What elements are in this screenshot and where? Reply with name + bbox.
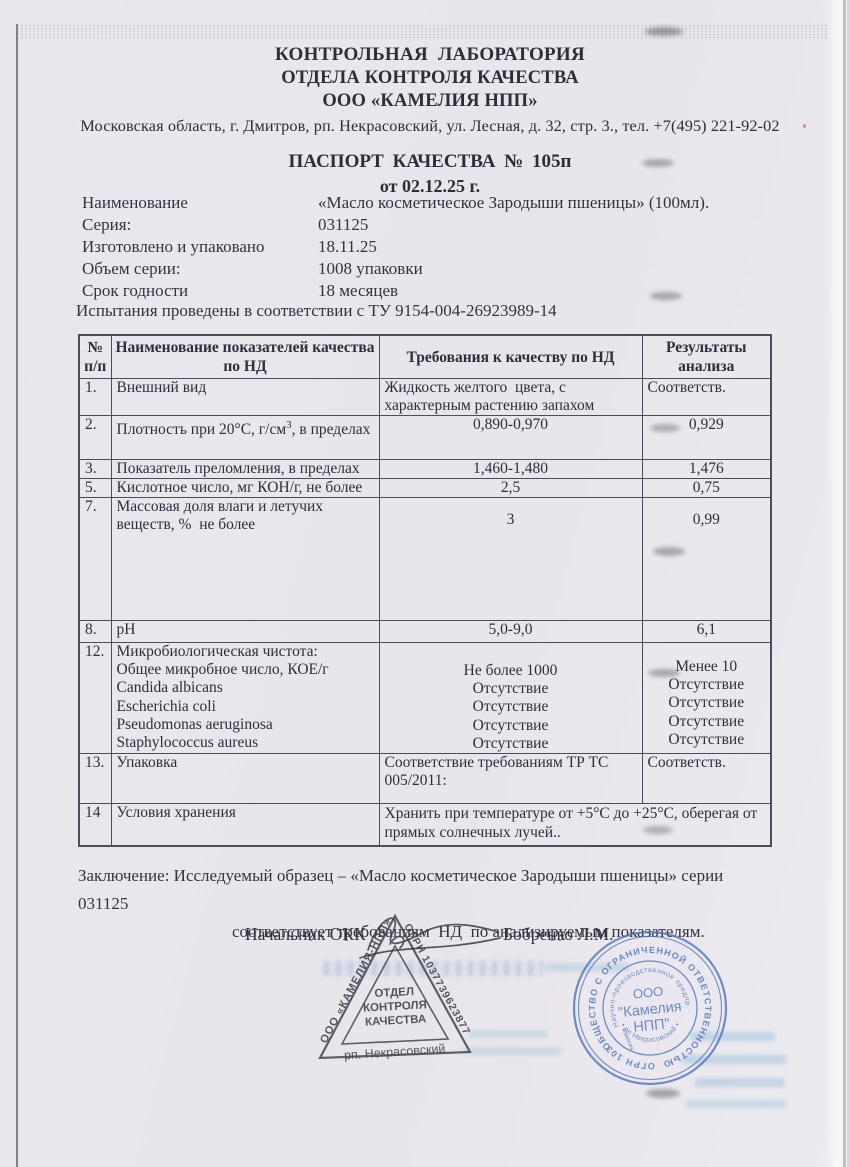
scanned-quality-passport: КОНТРОЛЬНАЯ ЛАБОРАТОРИЯ ОТДЕЛА КОНТРОЛЯ … [0, 0, 850, 1167]
row-name: Микробиологическая чистота: Общее микроб… [111, 643, 379, 754]
row-req: Жидкость желтого цвета, с характерным ра… [379, 379, 642, 416]
row-name: Массовая доля влаги и летучих веществ, %… [111, 498, 379, 621]
bleed-through-text [686, 1100, 786, 1108]
row-name: pH [111, 621, 379, 643]
microbio-line: Pseudomonas aeruginosa [117, 716, 374, 734]
microbio-line: Общее микробное число, КОЕ/г [117, 661, 374, 679]
row-res: Менее 10 Отсутствие Отсутствие Отсутстви… [642, 643, 771, 754]
row-num: 7. [79, 498, 111, 621]
row-name: Плотность при 20°С, г/см3, в пределах [111, 416, 379, 460]
lab-title-line1: КОНТРОЛЬНАЯ ЛАБОРАТОРИЯ [35, 44, 825, 66]
company-address: Московская область, г. Дмитров, рп. Некр… [35, 116, 825, 136]
microbio-res: Отсутствие [648, 676, 766, 694]
col-header-res: Результаты анализа [642, 335, 771, 379]
field-label: Изготовлено и упаковано [82, 237, 265, 256]
quality-table: № п/п Наименование показателей качества … [78, 334, 772, 847]
field-label: Срок годности [82, 281, 188, 300]
stamp-center-line1: ОТДЕЛ [374, 986, 414, 1000]
field-value: 18.11.25 [318, 237, 377, 257]
tests-standard-line: Испытания проведены в соответствии с ТУ … [76, 301, 557, 321]
passport-fields: Наименование «Масло косметическое Зароды… [82, 193, 732, 303]
row-req: Не более 1000 Отсутствие Отсутствие Отсу… [379, 643, 642, 754]
stamp-center-line1: ООО [632, 984, 664, 1002]
passport-title: ПАСПОРТ КАЧЕСТВА № 105п [35, 151, 825, 173]
table-row: 14 Условия хранения Хранить при температ… [79, 804, 771, 846]
lab-header: КОНТРОЛЬНАЯ ЛАБОРАТОРИЯ ОТДЕЛА КОНТРОЛЯ … [35, 44, 825, 136]
row-res: Соответств. [642, 754, 771, 804]
company-name: ООО «КАМЕЛИЯ НПП» [35, 91, 825, 112]
field-label: Серия: [82, 215, 131, 234]
row-name-text: , в пределах [292, 421, 371, 438]
scan-smudge [645, 27, 683, 36]
row-num: 5. [79, 479, 111, 498]
microbio-req: Не более 1000 [385, 662, 637, 680]
row-req: 2,5 [379, 479, 642, 498]
microbio-line: Escherichia coli [117, 698, 374, 716]
row-req: 3 [379, 498, 642, 621]
field-value: «Масло косметическое Зародыши пшеницы» (… [318, 193, 709, 213]
row-req: Хранить при температуре от +5°С до +25°С… [379, 804, 771, 846]
row-num: 3. [79, 460, 111, 479]
table-row: 1. Внешний вид Жидкость желтого цвета, с… [79, 379, 771, 416]
row-name: Показатель преломления, в пределах [111, 460, 379, 479]
field-row: Объем серии: 1008 упаковки [82, 259, 732, 281]
field-value: 1008 упаковки [318, 259, 423, 279]
row-req: Соответствие требованиям ТР ТС 005/2011: [379, 754, 642, 804]
microbio-req: Отсутствие [385, 735, 637, 753]
lab-title-line2: ОТДЕЛА КОНТРОЛЯ КАЧЕСТВА [35, 68, 825, 89]
col-header-req: Требования к качеству по НД [379, 335, 642, 379]
row-res: 0,99 [642, 498, 771, 621]
microbio-req: Отсутствие [385, 698, 637, 716]
microbio-res: Отсутствие [648, 731, 766, 749]
row-name: Кислотное число, мг КОН/г, не более [111, 479, 379, 498]
passport-title-block: ПАСПОРТ КАЧЕСТВА № 105п от 02.12.25 г. [35, 151, 825, 197]
table-header-row: № п/п Наименование показателей качества … [79, 335, 771, 379]
row-res: 0,929 [642, 416, 771, 460]
field-row: Серия: 031125 [82, 215, 732, 237]
row-num: 2. [79, 416, 111, 460]
stamp-center-line2: КОНТРОЛЯ [363, 999, 427, 1014]
field-label: Наименование [82, 193, 188, 212]
row-num: 8. [79, 621, 111, 643]
table-row: 13. Упаковка Соответствие требованиям ТР… [79, 754, 771, 804]
microbio-line: Candida albicans [117, 679, 374, 697]
microbio-line: Staphylococcus aureus [117, 734, 374, 752]
row-num: 14 [79, 804, 111, 846]
col-header-name: Наименование показателей качества по НД [111, 335, 379, 379]
row-num: 12. [79, 643, 111, 754]
row-req: 5,0-9,0 [379, 621, 642, 643]
microbio-res: Отсутствие [648, 713, 766, 731]
round-company-stamp: ОБЩЕСТВО С ОГРАНИЧЕННОЙ ОТВЕТСТВЕННОСТЬЮ… [565, 923, 735, 1093]
row-name: Внешний вид [111, 379, 379, 416]
row-num: 1. [79, 379, 111, 416]
row-name: Упаковка [111, 754, 379, 804]
table-row: 8. pH 5,0-9,0 6,1 [79, 621, 771, 643]
table-row: 5. Кислотное число, мг КОН/г, не более 2… [79, 479, 771, 498]
stamp-center-line3: КАЧЕСТВА [365, 1013, 427, 1028]
field-label: Объем серии: [82, 259, 181, 278]
signature-stroke [368, 918, 498, 950]
microbio-req: Отсутствие [385, 680, 637, 698]
table-row: 2. Плотность при 20°С, г/см3, в пределах… [79, 416, 771, 460]
microbio-res: Отсутствие [648, 694, 766, 712]
row-name: Условия хранения [111, 804, 379, 846]
scan-right-edge-line [843, 0, 846, 1167]
field-row: Срок годности 18 месяцев [82, 281, 732, 303]
row-res: 1,476 [642, 460, 771, 479]
row-req: 1,460-1,480 [379, 460, 642, 479]
row-res: Соответств. [642, 379, 771, 416]
row-num: 13. [79, 754, 111, 804]
table-row: 12. Микробиологическая чистота: Общее ми… [79, 643, 771, 754]
scan-left-edge-line [16, 24, 18, 1167]
stamp-bottom-text: рп. Некрасовский [344, 1041, 446, 1062]
microbio-line: Микробиологическая чистота: [117, 643, 374, 661]
scan-top-noise-band [16, 24, 828, 40]
signature-stroke [360, 938, 500, 958]
field-row: Наименование «Масло косметическое Зароды… [82, 193, 732, 215]
field-row: Изготовлено и упаковано 18.11.25 [82, 237, 732, 259]
row-name-text: Плотность при 20°С, г/см [117, 421, 287, 438]
table-row: 3. Показатель преломления, в пределах 1,… [79, 460, 771, 479]
row-res: 6,1 [642, 621, 771, 643]
field-value: 18 месяцев [318, 281, 398, 301]
field-value: 031125 [318, 215, 368, 235]
handwritten-signature [330, 900, 520, 970]
row-res: 0,75 [642, 479, 771, 498]
microbio-req: Отсутствие [385, 717, 637, 735]
table-row: 7. Массовая доля влаги и летучих веществ… [79, 498, 771, 621]
col-header-num: № п/п [79, 335, 111, 379]
row-req: 0,890-0,970 [379, 416, 642, 460]
microbio-res: Менее 10 [648, 658, 766, 676]
